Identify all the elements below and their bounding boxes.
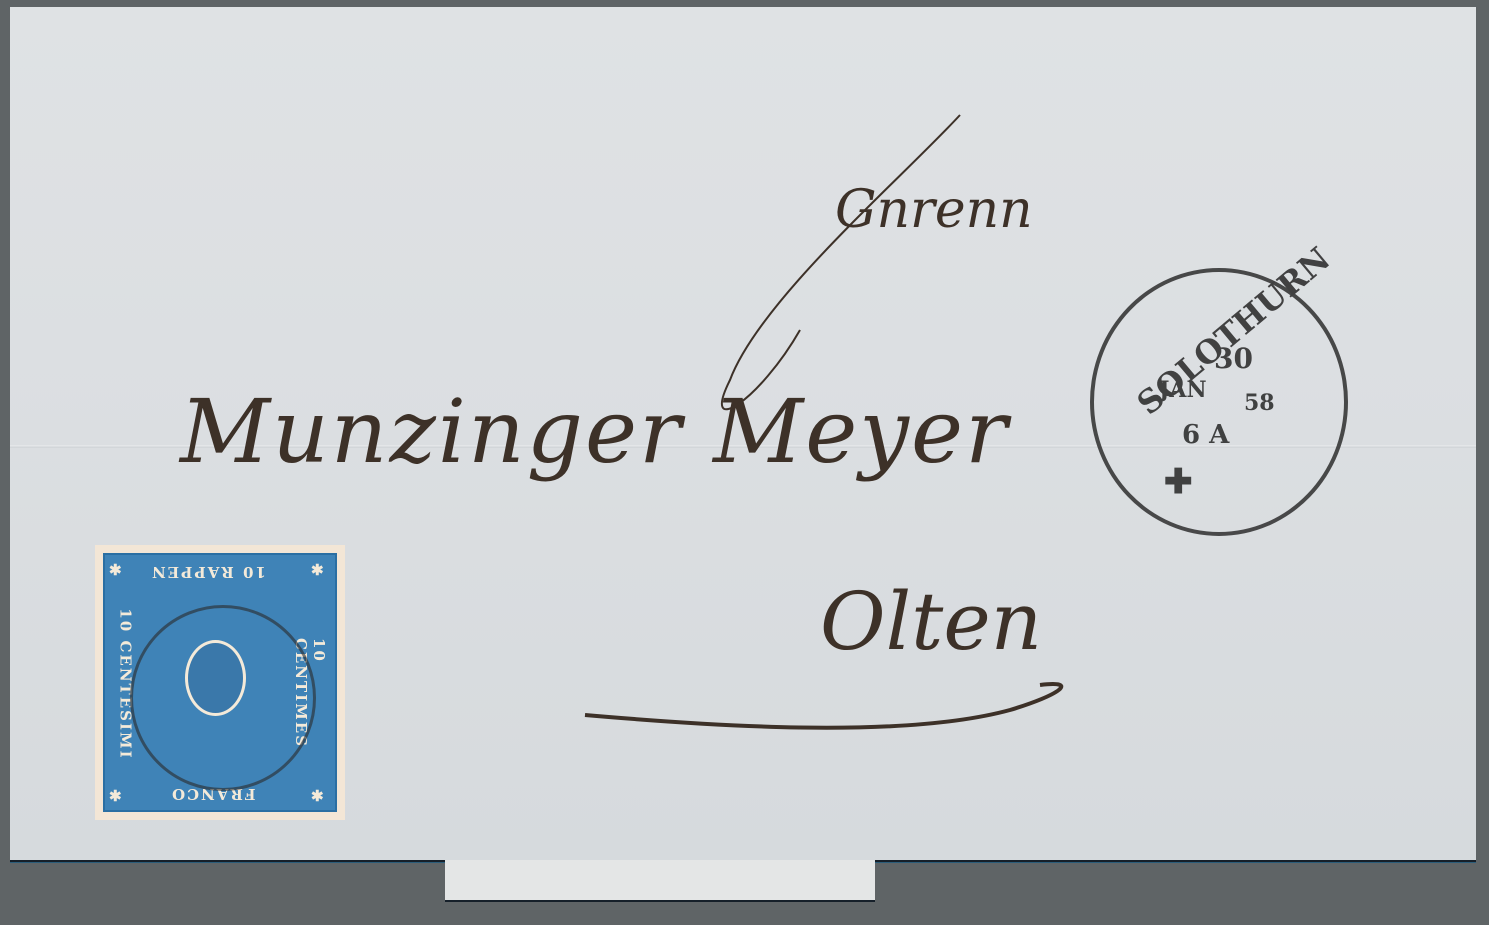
postmark-time: 6 A (1182, 420, 1229, 450)
stamp-corner-icon: ✱ (109, 787, 124, 805)
postmark-day: 30 (1214, 342, 1253, 375)
solothurn-postmark: SOLOTHURN 30 JAN 58 6 A ✚ (1090, 268, 1348, 536)
stamp-corner-icon: ✱ (109, 561, 124, 579)
postage-stamp: 10 RAPPEN 10 CENTESIMI 10 CENTIMES FRANC… (95, 545, 345, 820)
stamp-corner-icon: ✱ (311, 561, 326, 579)
stamp-cancel-postmark (130, 605, 316, 791)
postmark-year: 58 (1244, 390, 1275, 416)
stamp-top-text: 10 RAPPEN (150, 563, 266, 581)
postmark-month: JAN (1159, 377, 1207, 403)
swiss-cross-icon: ✚ (1164, 462, 1193, 502)
stamp-corner-icon: ✱ (311, 787, 326, 805)
